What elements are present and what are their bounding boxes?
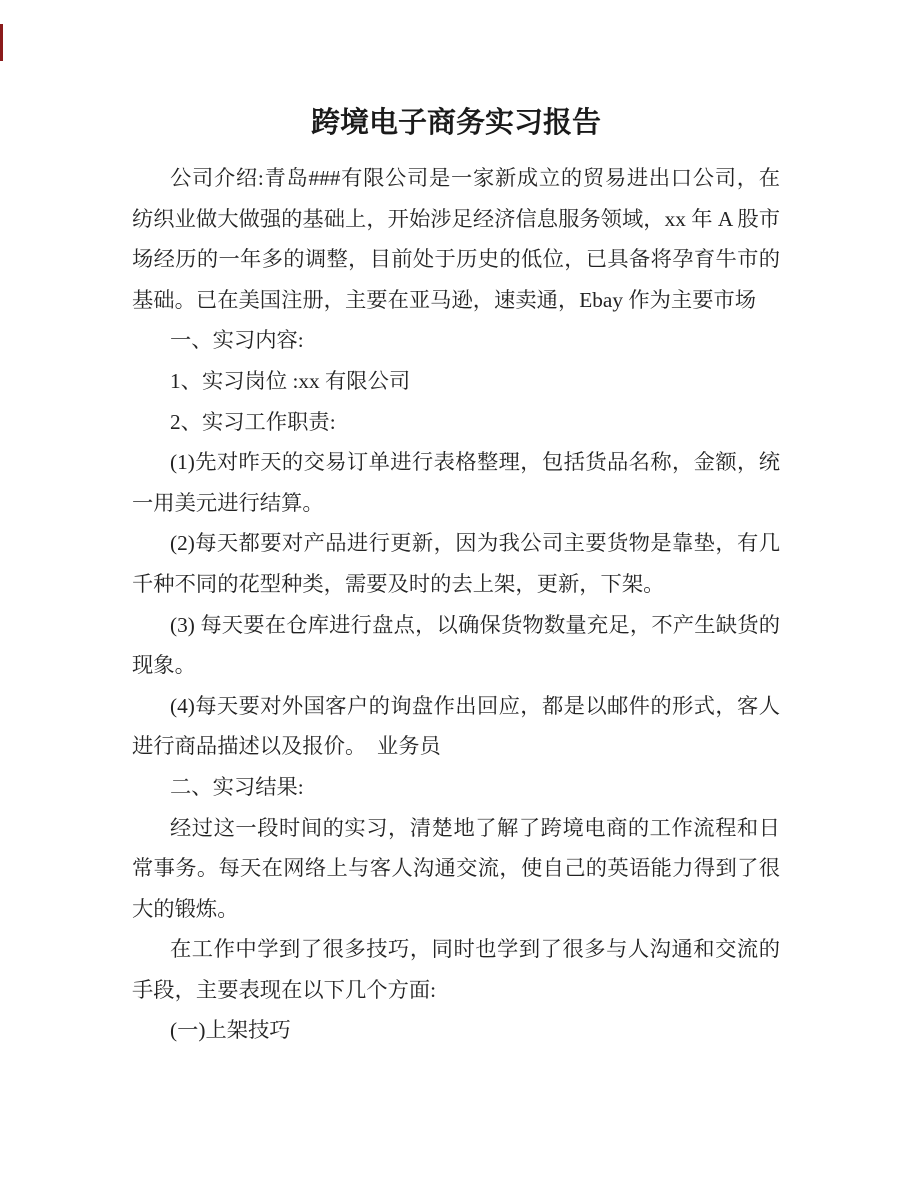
paragraph: 公司介绍:青岛###有限公司是一家新成立的贸易进出口公司，在纺织业做大做强的基础… (132, 158, 780, 320)
paragraph: 二、实习结果: (132, 767, 780, 808)
paragraph: 1、实习岗位 :xx 有限公司 (132, 361, 780, 402)
document-title: 跨境电子商务实习报告 (132, 100, 780, 147)
paragraph: (4)每天要对外国客户的询盘作出回应，都是以邮件的形式，客人进行商品描述以及报价… (132, 686, 780, 767)
paragraph: 2、实习工作职责: (132, 402, 780, 443)
paragraph: 一、实习内容: (132, 320, 780, 361)
paragraph: (1)先对昨天的交易订单进行表格整理，包括货品名称，金额，统一用美元进行结算。 (132, 442, 780, 523)
document-page: 跨境电子商务实习报告 公司介绍:青岛###有限公司是一家新成立的贸易进出口公司，… (0, 0, 920, 1191)
document-body: 公司介绍:青岛###有限公司是一家新成立的贸易进出口公司，在纺织业做大做强的基础… (132, 158, 780, 1051)
red-edge-artifact (0, 24, 3, 61)
paragraph: (2)每天都要对产品进行更新，因为我公司主要货物是靠垫，有几千种不同的花型种类，… (132, 523, 780, 604)
paragraph: 经过这一段时间的实习，清楚地了解了跨境电商的工作流程和日常事务。每天在网络上与客… (132, 808, 780, 930)
paragraph: (一)上架技巧 (132, 1010, 780, 1051)
paragraph: 在工作中学到了很多技巧，同时也学到了很多与人沟通和交流的手段，主要表现在以下几个… (132, 929, 780, 1010)
paragraph: (3) 每天要在仓库进行盘点，以确保货物数量充足，不产生缺货的现象。 (132, 605, 780, 686)
